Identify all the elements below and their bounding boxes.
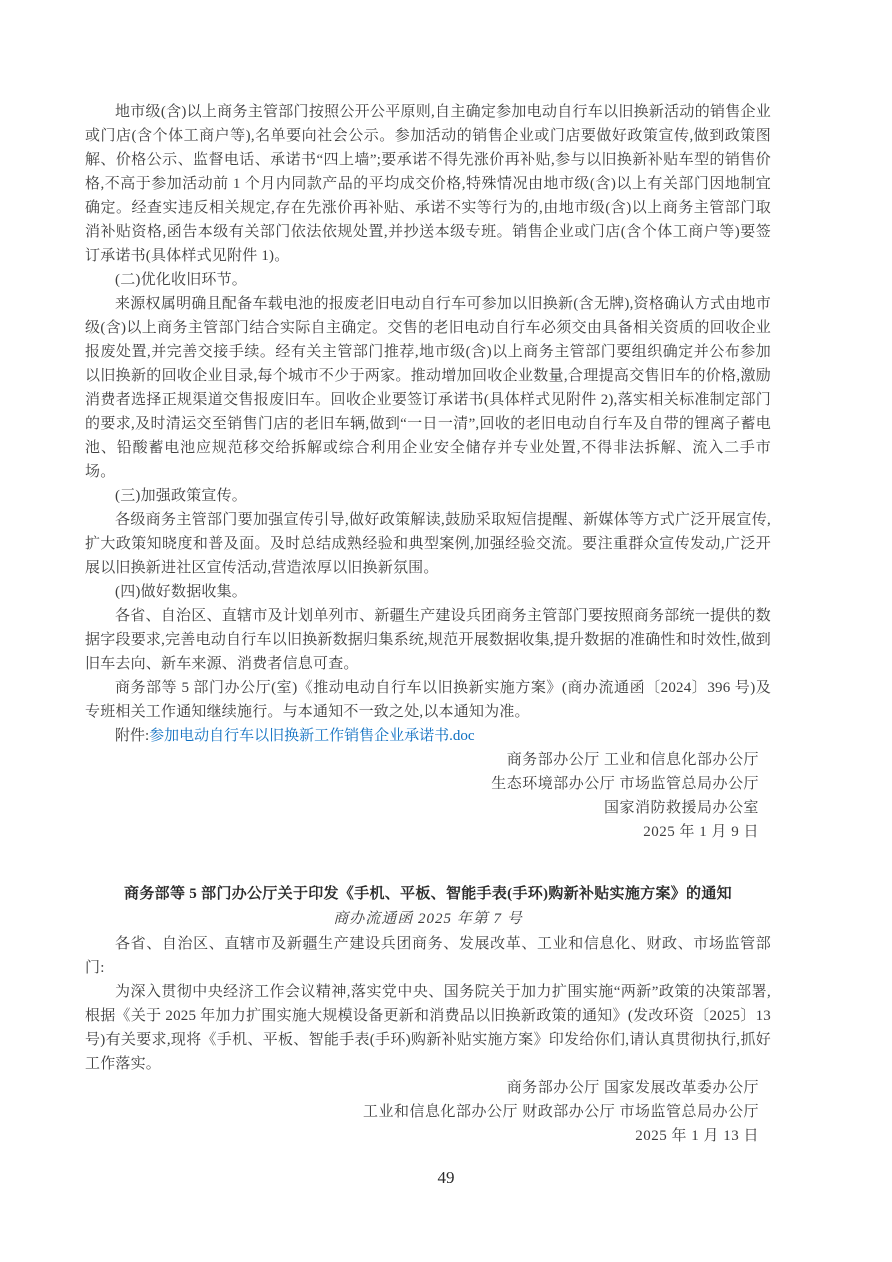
signature-line: 商务部办公厅 工业和信息化部办公厅 bbox=[85, 748, 759, 772]
signature-date: 2025 年 1 月 9 日 bbox=[85, 820, 759, 844]
notice-title: 商务部等 5 部门办公厅关于印发《手机、平板、智能手表(手环)购新补贴实施方案》… bbox=[85, 882, 771, 906]
document-page: 地市级(含)以上商务主管部门按照公开公平原则,自主确定参加电动自行车以旧换新活动… bbox=[0, 0, 892, 1262]
attachment-label: 附件: bbox=[115, 728, 149, 744]
attachment-line: 附件:参加电动自行车以旧换新工作销售企业承诺书.doc bbox=[85, 724, 771, 748]
signature-block-1: 商务部办公厅 工业和信息化部办公厅 生态环境部办公厅 市场监管总局办公厅 国家消… bbox=[85, 748, 771, 844]
signature-line: 国家消防救援局办公室 bbox=[85, 796, 759, 820]
signature-line: 商务部办公厅 国家发展改革委办公厅 bbox=[85, 1076, 759, 1100]
paragraph: 地市级(含)以上商务主管部门按照公开公平原则,自主确定参加电动自行车以旧换新活动… bbox=[85, 100, 771, 268]
notice-ebike-tradein: 地市级(含)以上商务主管部门按照公开公平原则,自主确定参加电动自行车以旧换新活动… bbox=[85, 100, 771, 844]
section-heading-4: (四)做好数据收集。 bbox=[85, 580, 771, 604]
section-heading-3: (三)加强政策宣传。 bbox=[85, 484, 771, 508]
document-number: 商办流通函 2025 年第 7 号 bbox=[85, 906, 771, 932]
page-number: 49 bbox=[0, 1168, 892, 1188]
attachment-doc-link[interactable]: 参加电动自行车以旧换新工作销售企业承诺书.doc bbox=[149, 728, 474, 744]
signature-date: 2025 年 1 月 13 日 bbox=[85, 1124, 759, 1148]
salutation: 各省、自治区、直辖市及新疆生产建设兵团商务、发展改革、工业和信息化、财政、市场监… bbox=[85, 932, 771, 980]
signature-line: 生态环境部办公厅 市场监管总局办公厅 bbox=[85, 772, 759, 796]
signature-block-2: 商务部办公厅 国家发展改革委办公厅 工业和信息化部办公厅 财政部办公厅 市场监管… bbox=[85, 1076, 771, 1148]
page-content: 地市级(含)以上商务主管部门按照公开公平原则,自主确定参加电动自行车以旧换新活动… bbox=[85, 100, 771, 1148]
paragraph: 各级商务主管部门要加强宣传引导,做好政策解读,鼓励采取短信提醒、新媒体等方式广泛… bbox=[85, 508, 771, 580]
paragraph: 为深入贯彻中央经济工作会议精神,落实党中央、国务院关于加力扩围实施“两新”政策的… bbox=[85, 980, 771, 1076]
signature-line: 工业和信息化部办公厅 财政部办公厅 市场监管总局办公厅 bbox=[85, 1100, 759, 1124]
paragraph: 来源权属明确且配备车载电池的报废老旧电动自行车可参加以旧换新(含无牌),资格确认… bbox=[85, 292, 771, 484]
notice-phone-subsidy: 商务部等 5 部门办公厅关于印发《手机、平板、智能手表(手环)购新补贴实施方案》… bbox=[85, 882, 771, 1148]
paragraph: 商务部等 5 部门办公厅(室)《推动电动自行车以旧换新实施方案》(商办流通函〔2… bbox=[85, 676, 771, 724]
section-heading-2: (二)优化收旧环节。 bbox=[85, 268, 771, 292]
paragraph: 各省、自治区、直辖市及计划单列市、新疆生产建设兵团商务主管部门要按照商务部统一提… bbox=[85, 604, 771, 676]
